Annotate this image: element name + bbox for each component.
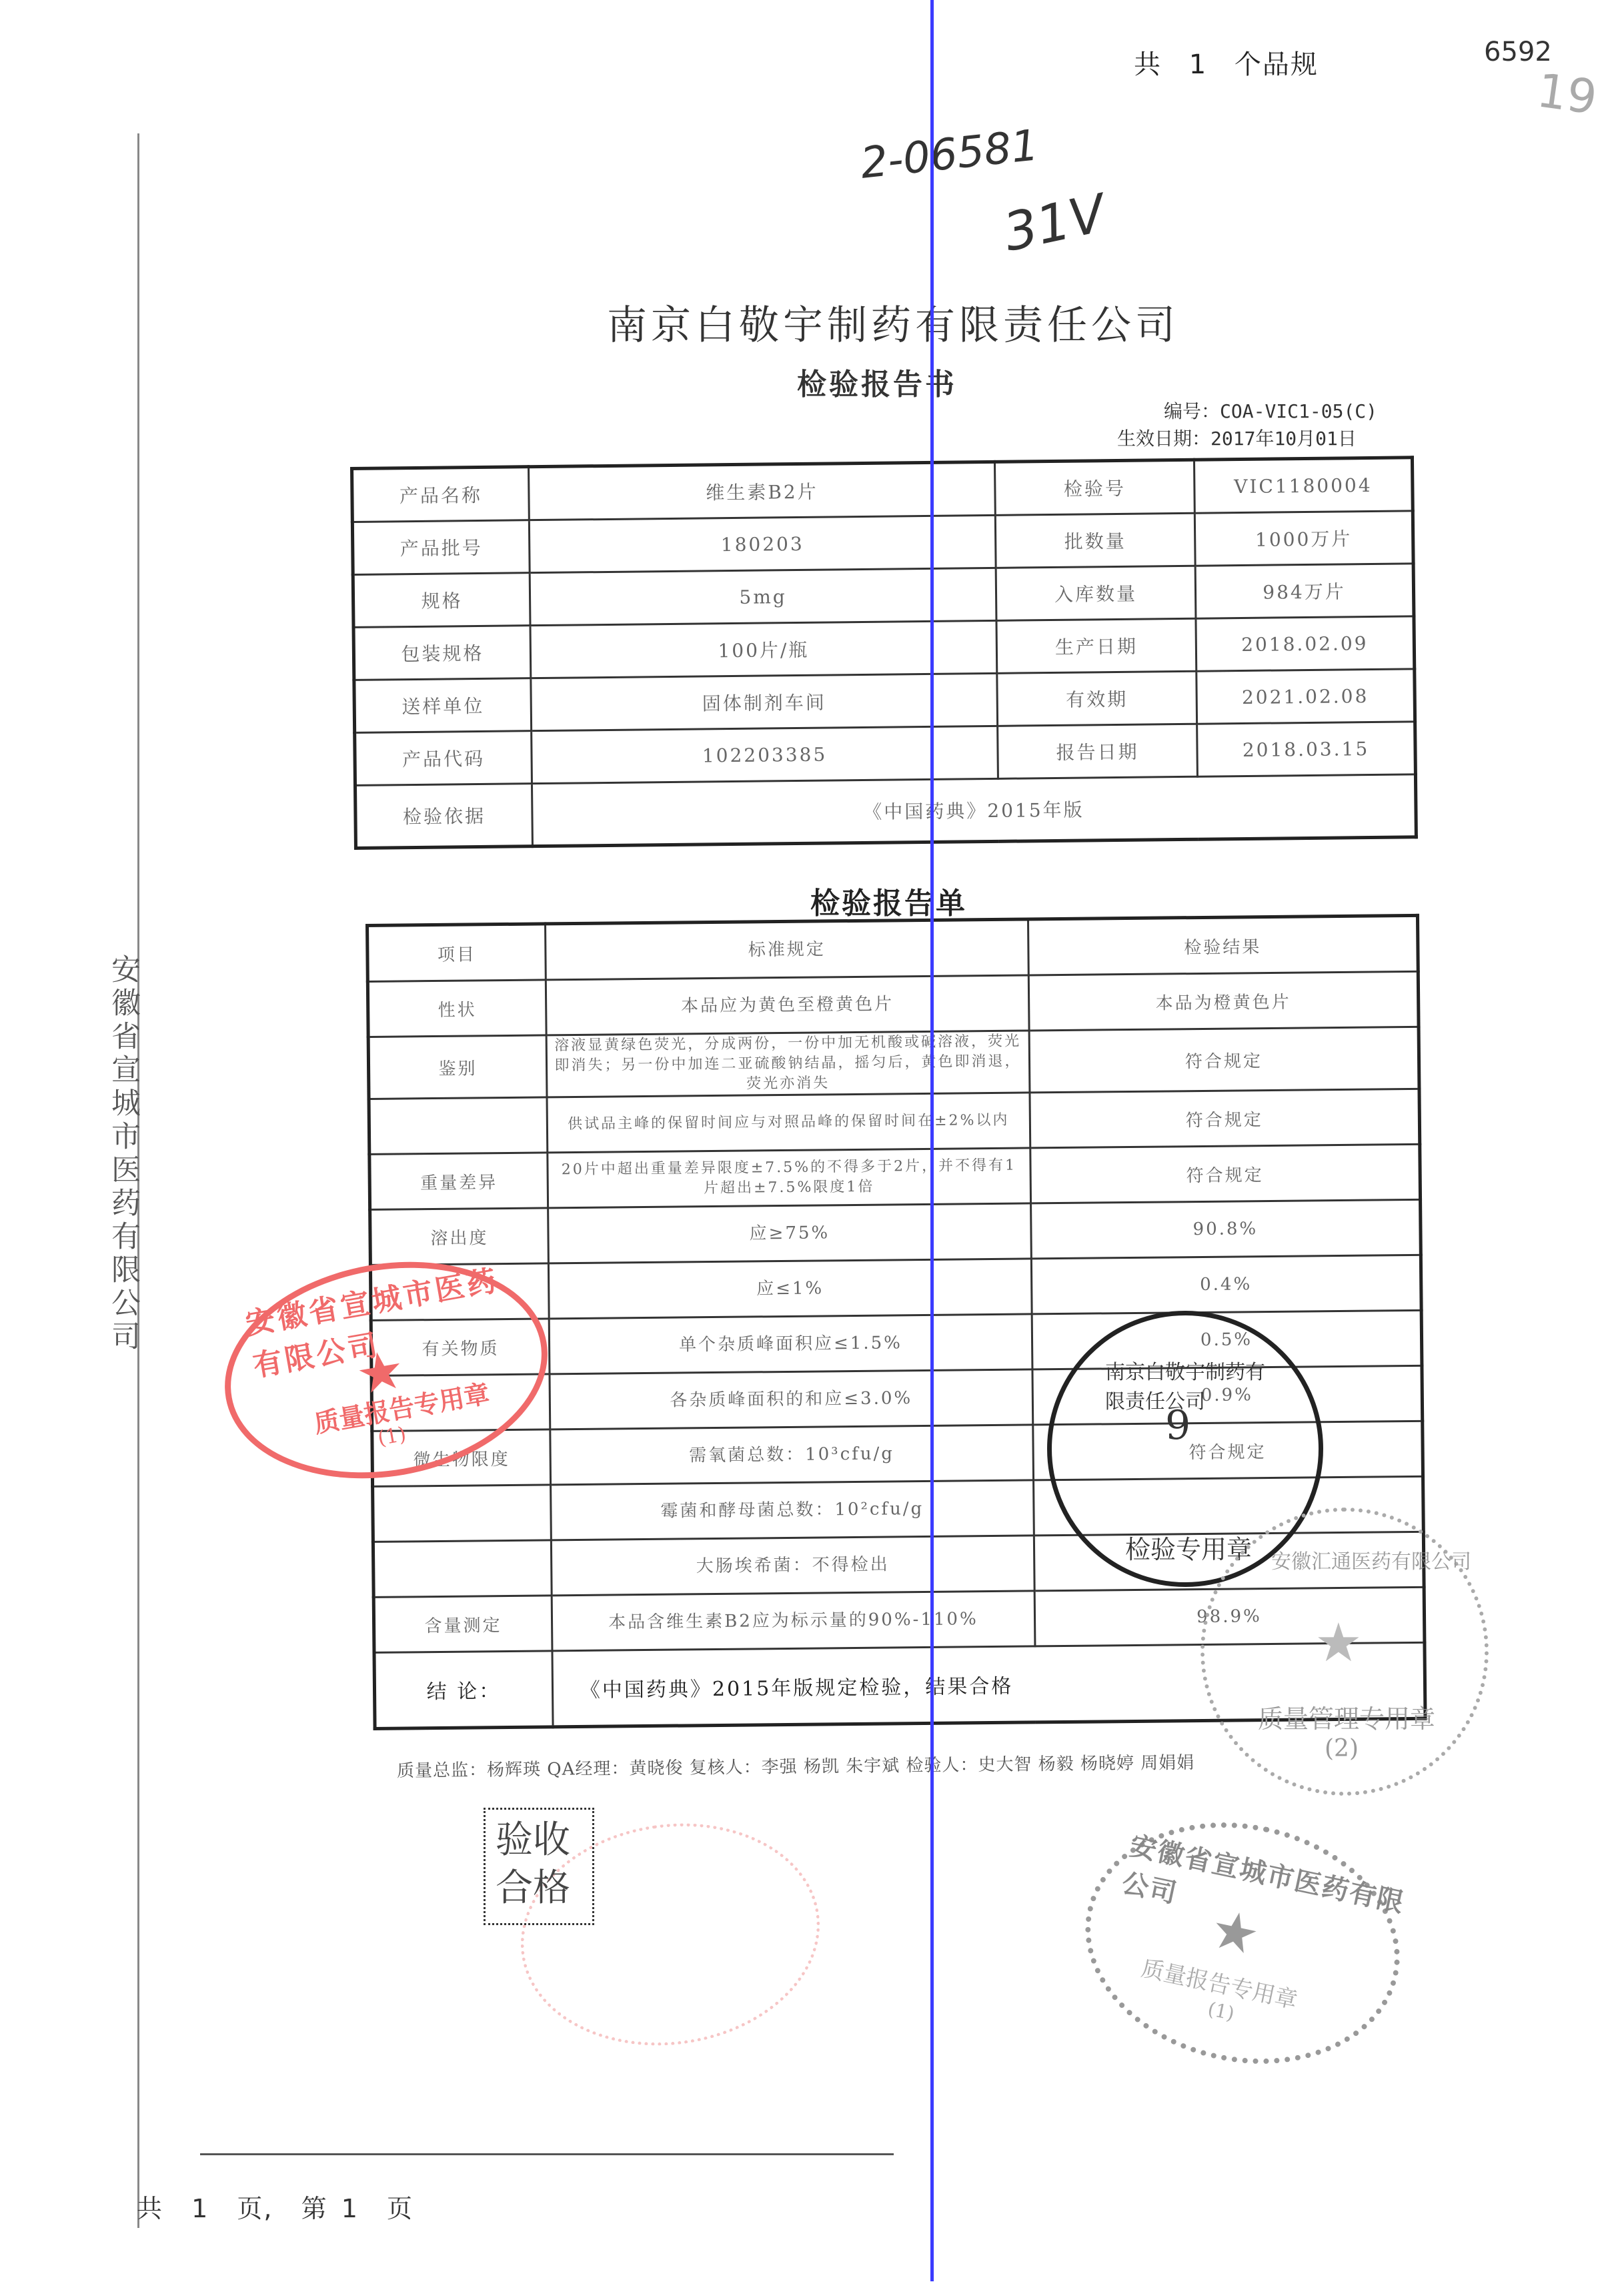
info-cell-label2: 检验号: [994, 460, 1194, 515]
info-cell-value2: 2018.03.15: [1197, 722, 1416, 776]
test-cell-standard: 霉菌和酵母菌总数：10²cfu/g: [550, 1480, 1034, 1540]
page-footer: 共 1 页, 第 1 页: [137, 2188, 432, 2225]
info-cell-label2: 入库数量: [996, 566, 1196, 620]
document-code: 编号：COA-VIC1-05(C): [1164, 397, 1377, 424]
test-cell-item: 鉴别: [368, 1035, 547, 1099]
test-row: 重量差异20片中超出重量差异限度±7.5%的不得多于2片，并不得有1片超出±7.…: [369, 1144, 1421, 1209]
test-cell-standard: 20片中超出重量差异限度±7.5%的不得多于2片，并不得有1片超出±7.5%限度…: [548, 1148, 1031, 1208]
acceptance-stamp: 验收合格: [484, 1808, 594, 1925]
total-label: 共: [1134, 49, 1162, 80]
test-cell-standard: 单个杂质峰面积应≤1.5%: [549, 1314, 1032, 1374]
footer-rule: [200, 2153, 894, 2155]
code-label: 编号：: [1164, 400, 1220, 422]
test-row: 供试品主峰的保留时间应与对照品峰的保留时间在±2%以内符合规定: [369, 1089, 1420, 1154]
test-cell-item: [373, 1540, 552, 1598]
info-cell-value: 100片/瓶: [530, 620, 997, 678]
footer-page-unit: 页,: [237, 2194, 273, 2223]
info-cell-label: 规格: [353, 573, 530, 628]
seal-company: 南京白敬宇制药有限责任公司: [1105, 1355, 1279, 1414]
info-cell-label2: 生产日期: [996, 618, 1196, 673]
test-cell-standard: 需氧菌总数：10³cfu/g: [550, 1425, 1034, 1485]
report-title: 检验报告单: [810, 879, 967, 922]
footer-current-page: 1: [341, 2194, 359, 2223]
info-cell-value2: 2018.02.09: [1196, 616, 1415, 671]
test-cell-result: 90.8%: [1030, 1199, 1421, 1259]
basis-value: 《中国药典》2015年版: [532, 774, 1416, 846]
footer-current-label: 第: [301, 2194, 328, 2223]
test-row: 溶出度应≥75%90.8%: [370, 1199, 1421, 1265]
test-cell-item: [369, 1097, 548, 1155]
test-row: 鉴别溶液显黄绿色荧光，分成两份，一份中加无机酸或碱溶液，荧光即消失；另一份中加连…: [368, 1027, 1419, 1099]
stamp-text: 验收合格: [496, 1816, 582, 1912]
seal-number: (1): [376, 1423, 408, 1451]
footer-total-label: 共: [137, 2194, 163, 2223]
header-result: 检验结果: [1028, 915, 1418, 975]
test-cell-item: 性状: [367, 980, 546, 1037]
gray-quality-seal: 安徽省宣城市医药有限公司 ★ 质量报告专用章 (1): [1062, 1794, 1423, 2092]
test-cell-result: 0.4%: [1031, 1255, 1421, 1314]
seal-purpose: 质量管理专用章: [1258, 1698, 1435, 1735]
info-cell-value: 102203385: [532, 726, 998, 783]
test-cell-result: 符合规定: [1030, 1144, 1421, 1203]
test-cell-standard: 溶液显黄绿色荧光，分成两份，一份中加无机酸或碱溶液，荧光即消失；另一份中加连二亚…: [546, 1031, 1030, 1097]
handwritten-page-number: 19: [1534, 63, 1601, 125]
annotation-line: [930, 0, 934, 2281]
effective-date: 生效日期：2017年10月01日: [1117, 424, 1357, 451]
info-cell-value2: 984万片: [1195, 564, 1414, 618]
total-count: 1: [1189, 49, 1207, 80]
info-cell-label: 产品代码: [355, 731, 532, 786]
info-cell-value: 180203: [529, 515, 996, 572]
test-cell-result: 本品为橙黄色片: [1028, 971, 1419, 1031]
test-cell-standard: 应≥75%: [548, 1203, 1031, 1263]
seal-number: (2): [1325, 1735, 1359, 1762]
info-cell-value: 固体制剂车间: [531, 673, 998, 730]
signatories: 质量总监：杨辉瑛 QA经理：黄晓俊 复核人：李强 杨凯 朱宇斌 检验人：史大智 …: [397, 1749, 1195, 1782]
handwritten-note: 31V: [998, 183, 1110, 263]
info-cell-value: 维生素B2片: [529, 462, 996, 520]
seal-number: 9: [1165, 1402, 1190, 1449]
info-cell-value2: 2021.02.08: [1196, 669, 1415, 724]
conclusion-label: 结 论：: [374, 1651, 553, 1729]
test-header-row: 项目标准规定检验结果: [367, 915, 1419, 981]
info-cell-label2: 报告日期: [998, 724, 1198, 778]
info-cell-label: 包装规格: [353, 626, 531, 680]
test-cell-item: [373, 1485, 552, 1542]
test-cell-standard: 供试品主峰的保留时间应与对照品峰的保留时间在±2%以内: [547, 1093, 1030, 1153]
info-cell-label: 产品批号: [352, 520, 530, 575]
seal-company: 安徽省宣城市医药有限公司: [1119, 1825, 1412, 1958]
footer-current-unit: 页: [387, 2194, 414, 2223]
test-cell-result: 符合规定: [1030, 1089, 1420, 1148]
info-cell-label: 产品名称: [352, 467, 530, 522]
company-name: 南京白敬宇制药有限责任公司: [607, 294, 1179, 351]
test-cell-standard: 本品应为黄色至橙黄色片: [546, 975, 1029, 1035]
test-cell-standard: 本品含维生素B2应为标示量的90%-110%: [552, 1591, 1035, 1651]
info-cell-label2: 有效期: [997, 671, 1197, 726]
total-unit: 个品规: [1235, 49, 1319, 80]
basis-label: 检验依据: [355, 784, 533, 848]
test-cell-standard: 应≤1%: [548, 1259, 1032, 1319]
test-cell-standard: 各杂质峰面积的和应≤3.0%: [550, 1369, 1033, 1429]
test-cell-item: 含量测定: [373, 1596, 552, 1653]
test-cell-standard: 大肠埃希菌：不得检出: [551, 1536, 1034, 1596]
star-icon: ★: [1315, 1612, 1363, 1674]
header-item: 项目: [367, 924, 546, 982]
info-cell-value: 5mg: [530, 568, 996, 625]
left-margin-company: 安徽省宣城市医药有限公司: [107, 954, 140, 1354]
handwritten-reference: 2-06581: [858, 121, 1041, 189]
seal-company: 安徽汇通医药有限公司: [1271, 1545, 1471, 1574]
footer-total-pages: 1: [191, 2194, 209, 2223]
basis-row: 检验依据《中国药典》2015年版: [355, 774, 1417, 848]
effective-label: 生效日期：: [1117, 428, 1211, 450]
info-cell-value2: 1000万片: [1194, 511, 1413, 566]
effective-value: 2017年10月01日: [1211, 428, 1357, 450]
quality-management-seal: 安徽汇通医药有限公司 ★ 质量管理专用章 (2): [1200, 1508, 1489, 1796]
seal-number: (1): [1206, 1998, 1237, 2025]
product-count: 共 1 个品规: [1134, 43, 1336, 81]
product-info-table: 产品名称维生素B2片检验号VIC1180004产品批号180203批数量1000…: [350, 456, 1418, 850]
header-standard: 标准规定: [545, 919, 1028, 980]
code-value: COA-VIC1-05(C): [1220, 400, 1377, 422]
test-cell-item: 重量差异: [369, 1153, 548, 1210]
info-cell-value2: VIC1180004: [1194, 458, 1413, 513]
info-cell-label: 送样单位: [354, 678, 532, 733]
info-cell-label2: 批数量: [995, 513, 1195, 568]
test-row: 性状本品应为黄色至橙黄色片本品为橙黄色片: [367, 971, 1419, 1037]
test-cell-result: 符合规定: [1029, 1027, 1419, 1093]
